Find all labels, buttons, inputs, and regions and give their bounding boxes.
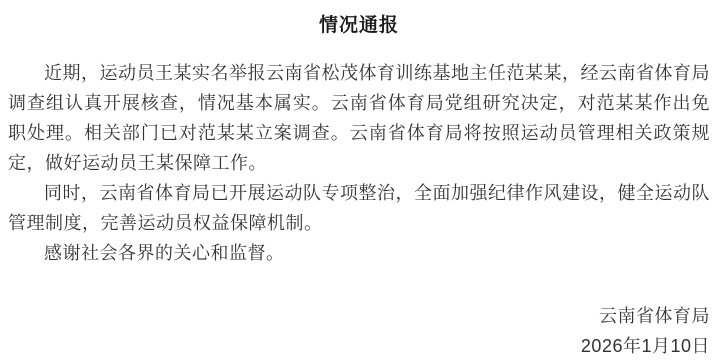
- notice-paragraph-1: 近期，运动员王某实名举报云南省松茂体育训练基地主任范某某，经云南省体育局调查组认…: [8, 58, 710, 178]
- notice-title: 情况通报: [8, 12, 710, 40]
- notice-document: 情况通报 近期，运动员王某实名举报云南省松茂体育训练基地主任范某某，经云南省体育…: [0, 0, 720, 361]
- notice-paragraph-2: 同时，云南省体育局已开展运动队专项整治，全面加强纪律作风建设，健全运动队管理制度…: [8, 178, 710, 238]
- notice-signature-block: 云南省体育局 2026年1月10日: [8, 301, 710, 361]
- notice-body: 近期，运动员王某实名举报云南省松茂体育训练基地主任范某某，经云南省体育局调查组认…: [8, 58, 710, 268]
- signature-organization: 云南省体育局: [8, 301, 710, 331]
- notice-paragraph-3: 感谢社会各界的关心和监督。: [8, 238, 710, 268]
- signature-date: 2026年1月10日: [8, 331, 710, 361]
